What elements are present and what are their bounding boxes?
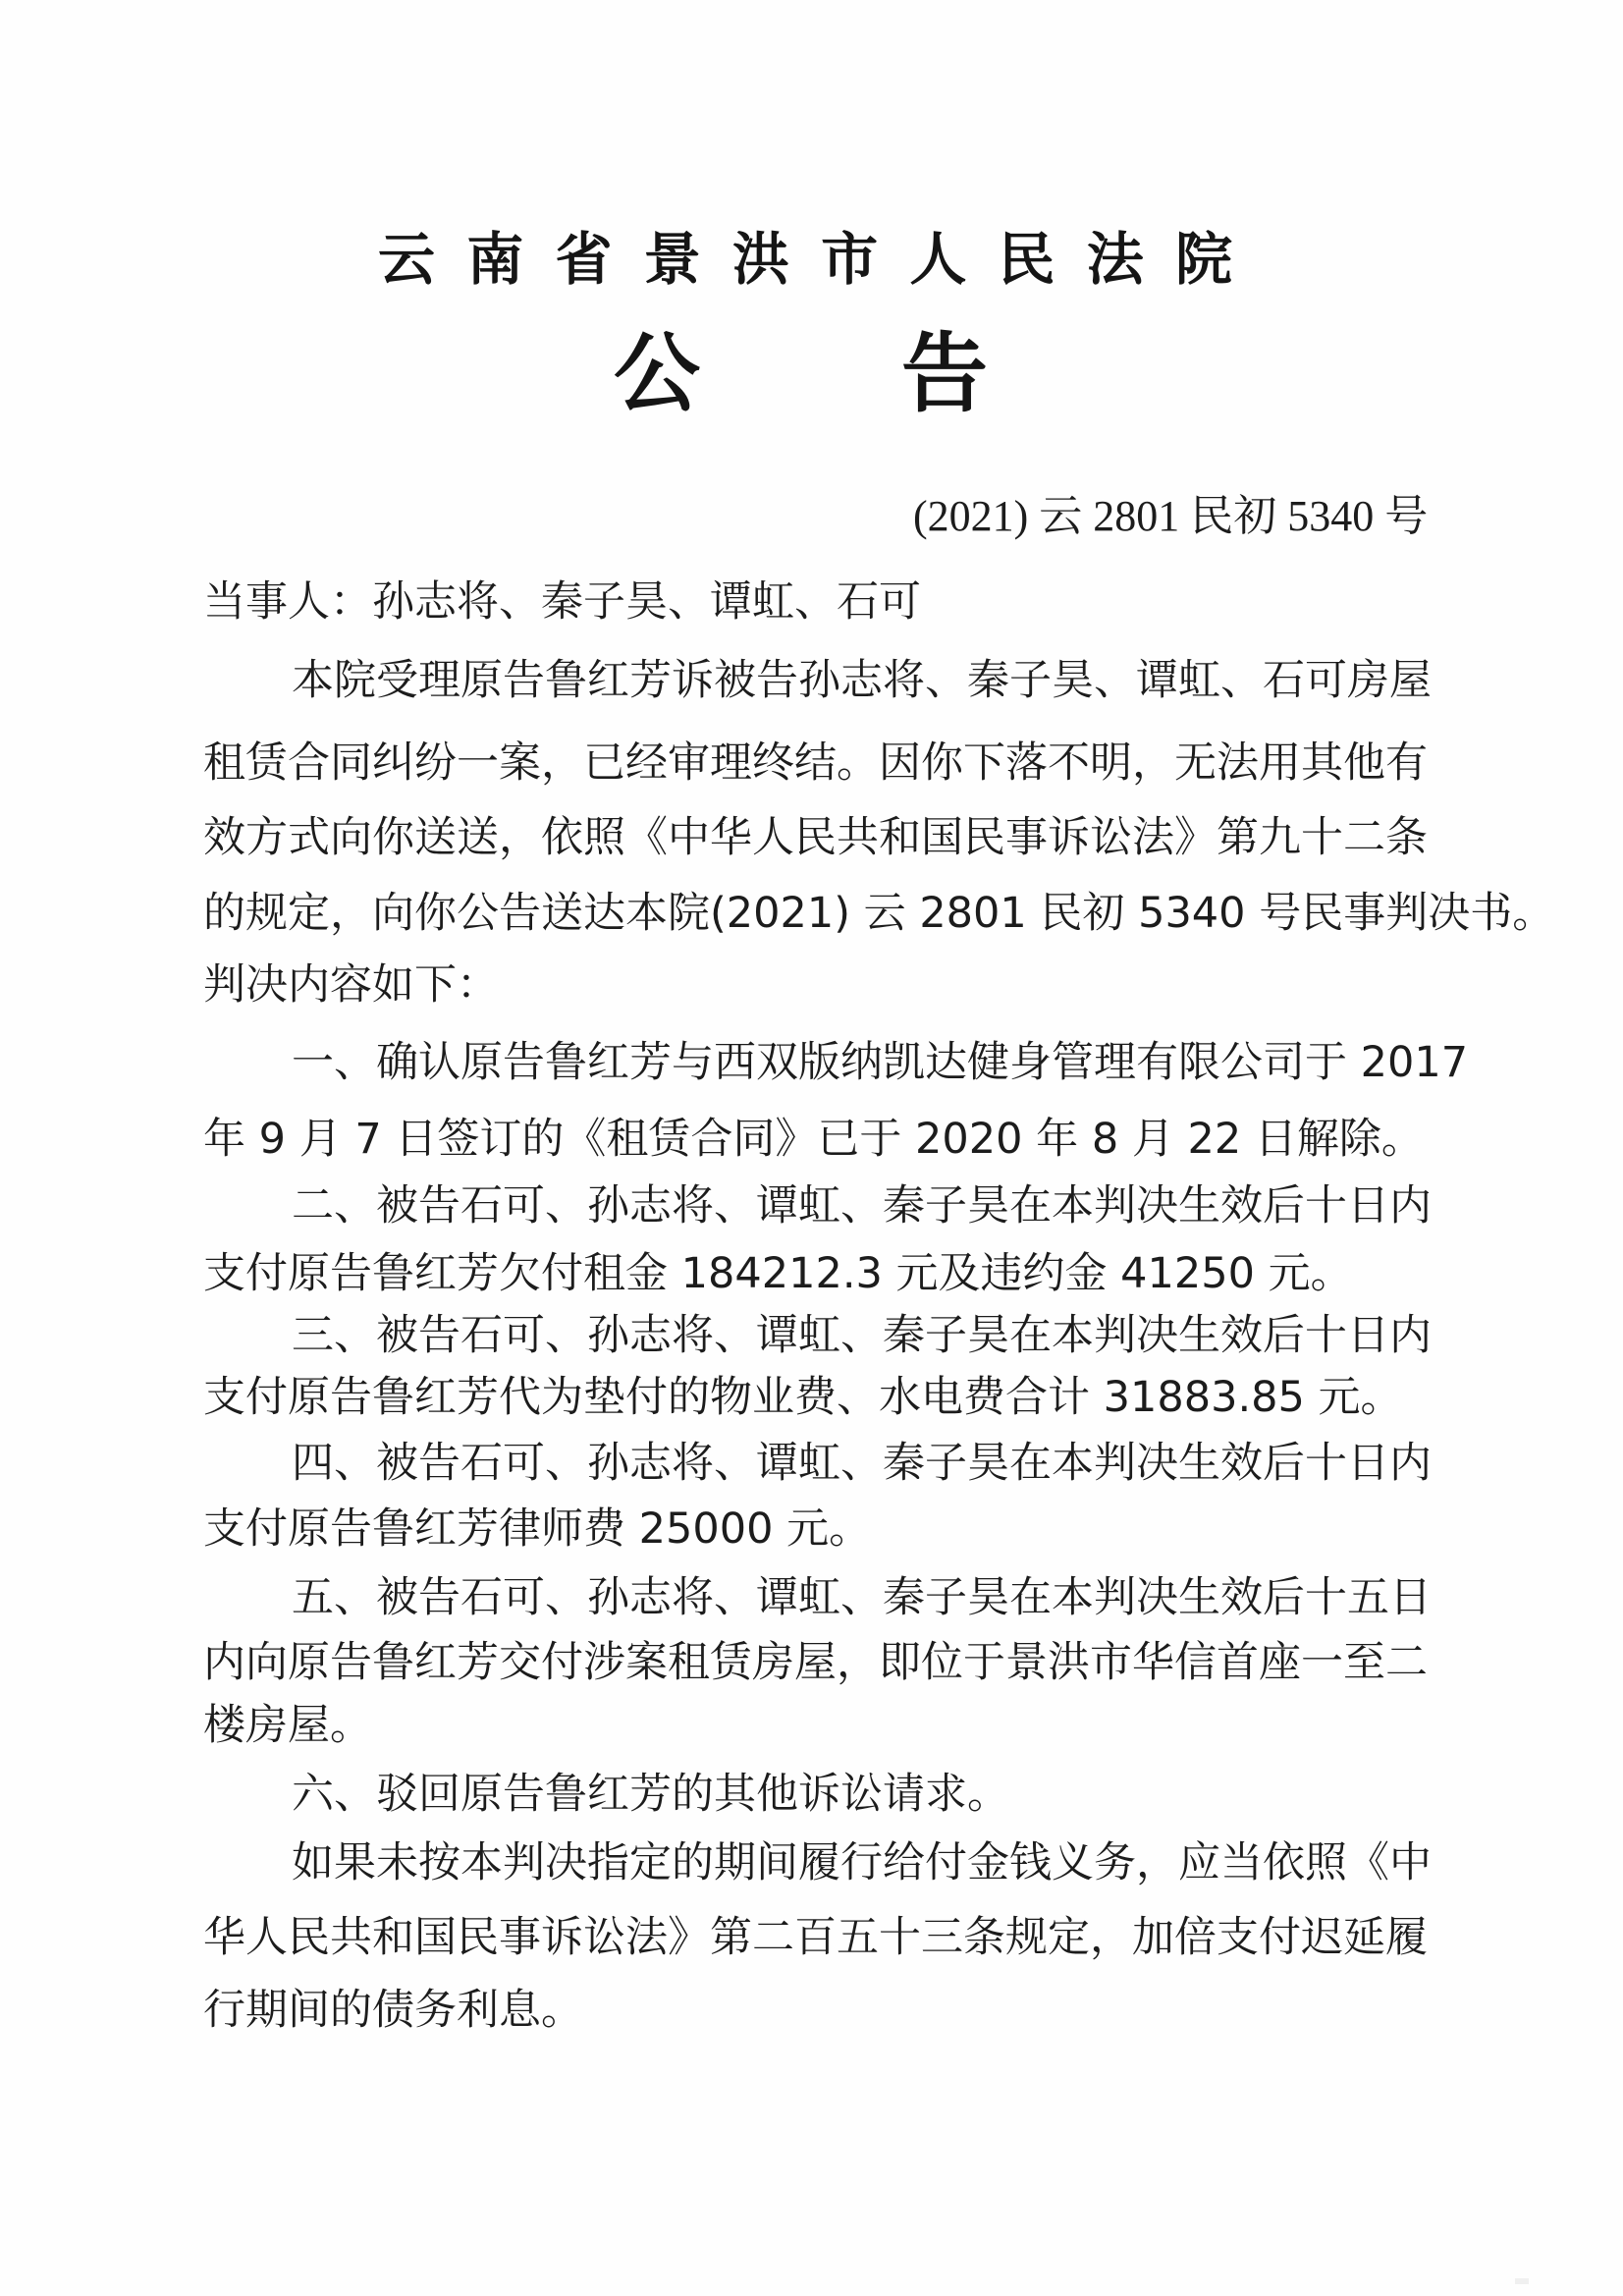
body-line: 本院受理原告鲁红芳诉被告孙志将、秦子昊、谭虹、石可房屋 [203,653,1401,708]
judgment-item-6: 六、驳回原告鲁红芳的其他诉讼请求。 [203,1767,1401,1822]
judgment-item-2-cont: 支付原告鲁红芳欠付租金 184212.3 元及违约金 41250 元。 [203,1246,1401,1301]
scan-artifact [1515,2278,1529,2284]
body-line: 租赁合同纠纷一案，已经审理终结。因你下落不明，无法用其他有 [203,736,1401,791]
body-line: 判决内容如下： [203,957,1401,1012]
court-name-heading: 云南省景洪市人民法院 [378,222,1232,297]
judgment-item-4: 四、被告石可、孙志将、谭虹、秦子昊在本判决生效后十日内 [203,1436,1401,1491]
body-line: 效方式向你送送，依照《中华人民共和国民事诉讼法》第九十二条 [203,810,1401,865]
case-number: (2021) 云 2801 民初 5340 号 [913,489,1399,544]
judgment-item-3-cont: 支付原告鲁红芳代为垫付的物业费、水电费合计 31883.85 元。 [203,1370,1401,1425]
judgment-item-1-cont: 年 9 月 7 日签订的《租赁合同》已于 2020 年 8 月 22 日解除。 [203,1112,1401,1167]
closing-line: 如果未按本判决指定的期间履行给付金钱义务，应当依照《中 [203,1835,1401,1890]
notice-title-char-1: 公 [614,322,700,424]
judgment-item-1: 一、确认原告鲁红芳与西双版纳凯达健身管理有限公司于 2017 [203,1035,1401,1090]
body-line: 的规定，向你公告送达本院(2021) 云 2801 民初 5340 号民事判决书… [203,886,1401,941]
judgment-item-2: 二、被告石可、孙志将、谭虹、秦子昊在本判决生效后十日内 [203,1178,1401,1233]
judgment-item-5-cont: 楼房屋。 [203,1698,1401,1753]
closing-line: 行期间的债务利息。 [203,1983,1401,2038]
notice-title-char-2: 告 [901,322,988,424]
judgment-item-3: 三、被告石可、孙志将、谭虹、秦子昊在本判决生效后十日内 [203,1308,1401,1363]
parties-line: 当事人：孙志将、秦子昊、谭虹、石可 [203,574,1401,629]
notice-page: 云南省景洪市人民法院 公 告 (2021) 云 2801 民初 5340 号 当… [0,0,1623,2296]
closing-line: 华人民共和国民事诉讼法》第二百五十三条规定，加倍支付迟延履 [203,1910,1401,1965]
judgment-item-5-cont: 内向原告鲁红芳交付涉案租赁房屋，即位于景洪市华信首座一至二 [203,1635,1401,1690]
judgment-item-4-cont: 支付原告鲁红芳律师费 25000 元。 [203,1502,1401,1557]
judgment-item-5: 五、被告石可、孙志将、谭虹、秦子昊在本判决生效后十五日 [203,1570,1401,1625]
